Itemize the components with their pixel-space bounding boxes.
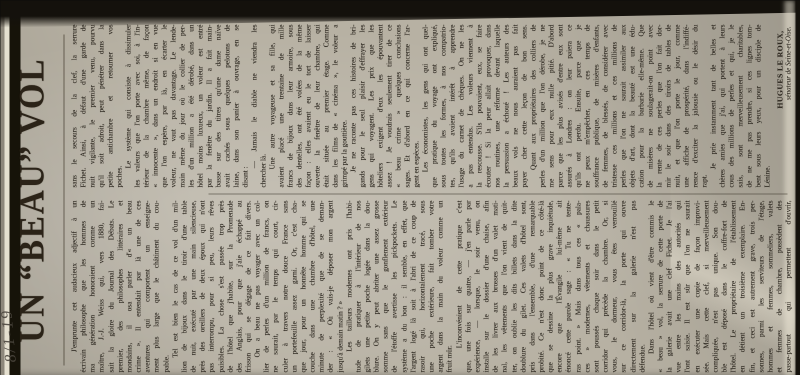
text-line: avait cachés sous quelques pelotons de: [223, 24, 232, 187]
text-line: laine, dans son panier à ouvrage, en se: [232, 24, 241, 187]
text-line: un portefeuille assez garni. Or, c'est c…: [290, 200, 299, 372]
text-line: souffrance publique, de misères d'enfant…: [592, 24, 601, 187]
text-line: ter, on oublie les dits billets dans la …: [510, 200, 519, 372]
text-line: encore que l'Évangile lui-même ait: [555, 200, 564, 372]
text-line: argent dans la main du voleur comme un: [436, 200, 445, 372]
text-line: expérience, — lorsque, le soir venu, on: [473, 200, 482, 372]
text-line: qu'il soit adroit, peut pénétrer dans la: [97, 24, 106, 187]
text-line: par la fenêtre du jardin. Il a fait main…: [205, 24, 214, 187]
text-line: assez ! Je voudrais seulement tirer de c…: [385, 24, 394, 187]
text-line: des Anglais, pour que j'aie échappé au: [235, 200, 244, 372]
text-line: francs de bijoux dans leur armoire, sous: [286, 24, 295, 187]
text-line: énoncé cette parole sage : « Tu ne tente…: [564, 200, 573, 372]
signature-name: HUGUES LE ROUX,: [775, 24, 784, 187]
text-line: minute de perplexité que de se deman-: [317, 200, 326, 372]
text-line: On a beau ne pas voyager avec un col-: [253, 200, 262, 372]
text-line: ment plus large que le châtiment du cou-: [152, 200, 161, 372]
text-line: paisibles. La chose s'est passée trop pr…: [217, 200, 226, 372]
text-line: Le système qui consiste à dissimuler: [124, 24, 133, 187]
text-line: la rescousse. S'ils pouvaient, eux, se f…: [475, 24, 484, 187]
text-line: Quant aux propriétaires des colliers de: [529, 24, 538, 187]
text-line: ne saurait, par le temps qui court, cir-: [271, 200, 280, 372]
article-headline: UN “BEAU” VOL: [13, 24, 52, 375]
text-line: la persuasion a échoué ! Les auteurs des: [502, 24, 511, 187]
text-line: disant :: [241, 24, 250, 187]
text-line: nos routines, une réforme devant laquell…: [493, 24, 502, 187]
text-line: la rente de ces perles que l'on fait dor…: [655, 24, 664, 187]
text-line: Les économistes, les gens qui ont quel-: [421, 24, 430, 187]
scanned-newspaper-clipping: 8/1-19 UN “BEAU” VOL J'emprunte cet auda…: [0, 0, 800, 375]
text-line: doublure du gilet. Ces valets d'hôtel so…: [519, 200, 528, 372]
text-line: sais, sont merveilleusement charitables,: [736, 24, 745, 187]
text-line: chères amies que j'ai, qui portent à leu…: [718, 24, 727, 187]
text-line: objets d'art, dont la beauté est une édu…: [628, 24, 637, 187]
text-line: la galerie avait une clef Fichet. Je l'a…: [665, 200, 674, 372]
text-line: sont poussés chaque soir dans le petit: [592, 200, 601, 372]
text-line: de nuit, exécuté par une main silencieus…: [189, 200, 198, 372]
text-line: gilets une petite poche logée dans la do…: [363, 200, 372, 372]
text-line: défendue.: [638, 200, 647, 372]
text-line: fruit mûr.: [445, 200, 454, 372]
text-line: sur ce corridor-là, la porte qui ouvre: [619, 200, 628, 372]
text-line: sans le secours de la clef, la serrure: [70, 24, 79, 187]
text-line: sait la gloire du Journal des Débats. Le: [107, 200, 116, 372]
newspaper-page: 8/1-19 UN “BEAU” VOL J'emprunte cet auda…: [0, 0, 800, 375]
text-line: grimpé par la gouttière.: [340, 24, 349, 187]
text-line: frisson qui se dégage de ce fait divers.: [244, 200, 253, 372]
text-line: Les tailleurs modernes ont pris l'habi-: [345, 200, 354, 372]
text-line: hôteliers exigent d'eux les épouvantent: [376, 24, 385, 187]
text-line: somme sans que le gonflement extérieur: [381, 200, 390, 372]
text-line: lier de perles d'un million de francs, o…: [262, 200, 271, 372]
text-line: Une autre voyageuse et sa fille, qui: [268, 24, 277, 187]
text-line: nuit vigilante, le premier venu, pourvu: [88, 24, 97, 187]
text-line: pable.: [162, 200, 171, 372]
text-line: nuit, et que l'on porte le jour, comme: [673, 24, 682, 187]
text-line: tes, qu'ils avaient intérêt à apprendre: [448, 24, 457, 187]
text-line: couche dans une chambre d'hôtel, une: [308, 200, 317, 372]
text-line: rence d'exciter la jalousie ou le désir …: [691, 24, 700, 187]
text-line: cation pour la barbarie elle-même. Que: [637, 24, 646, 187]
headline-rule: [63, 34, 64, 365]
text-line: dans les films de « cinéma », le voleur …: [331, 24, 340, 187]
text-line: corridor qui précède la chambre. Or, si: [601, 200, 610, 372]
text-line: me sens pour eux nulle pitié. D'abord: [547, 24, 556, 187]
text-line: que, une fois sur quatre, — j'en parle p…: [464, 200, 473, 372]
text-line: ouverte la fenêtre de leur chambre, qui: [313, 24, 322, 187]
article-body: J'emprunte cet audacieux adjectif à unéc…: [70, 24, 795, 372]
text-line: lion de bijoux dans le tiroir d'une tabl…: [180, 200, 189, 372]
text-line: une affiche de prospérité, dans l'indiff…: [682, 24, 691, 187]
text-line: perles d'un million que l'on dérobe, je …: [538, 24, 547, 187]
scan-edge-right: [0, 0, 800, 27]
text-line: beaux vols ne nous auraient pas fait: [511, 24, 520, 187]
text-line: hommes et femmes, sommeliers, valets: [766, 200, 775, 372]
text-line: gands pour le seul plaisir d'effrayer le…: [358, 24, 367, 187]
column-rule: [208, 193, 787, 194]
text-line: écouter ! Si la peur allait provoquer, d…: [484, 24, 493, 187]
text-line: ma génération honoraient comme un: [88, 200, 97, 372]
text-line: « beau crime » quelques conclusions: [394, 24, 403, 187]
text-line: « beau » vol, la serrure de cette porte …: [656, 200, 665, 372]
text-line: main même du jour où le collier de per-: [178, 24, 187, 187]
text-line: petite antichambre et retourner vos: [106, 24, 115, 187]
article-column-left: J'emprunte cet audacieux adjectif à unéc…: [70, 200, 795, 372]
text-line: ble est déposé dans le coffre-fort de: [720, 200, 729, 372]
text-line: façon : elles avaient eu le tort de lais…: [304, 24, 313, 187]
text-line: de l'étoffe avertisse les pickpockets. L…: [390, 200, 399, 372]
text-line: écrivain philosophe que les hommes de: [79, 200, 88, 372]
text-line: rasoir qui, horizontalement tracé, sous: [418, 200, 427, 372]
text-line: Lénine.: [763, 24, 772, 187]
text-line: der : « Où vais-je déposer mon argent: [326, 200, 335, 372]
text-line: J'emprunte cet audacieux adjectif à un: [70, 200, 79, 372]
text-line: installe sur le dossier d'une chaise, af…: [482, 200, 491, 372]
text-line: térieur de la chambre même, de façon: [142, 24, 151, 187]
text-line: Je ne raconte pas ces histoires de bri-: [349, 24, 358, 187]
text-line: tude de pratiquer à l'intérieur de nos: [354, 200, 363, 372]
text-line: qu'ils ont perdu. Ensuite, parce que je: [574, 24, 583, 187]
text-line: payer cher cette leçon de bon sens.: [520, 24, 529, 187]
text-line: vue entre les mains des autorités qui: [674, 200, 683, 372]
text-line: rapt.: [700, 24, 709, 187]
text-line: vous, le dormeur, vous êtes verrouillé: [610, 200, 619, 372]
text-line: ne peux m'empêcher, en ces temps de: [583, 24, 592, 187]
text-line: l'usage du carnet de chèques. On ne les: [457, 24, 466, 187]
text-line: les valeurs que l'on porte avec soi, à l…: [133, 24, 142, 187]
text-line: les d'un million a été dérobé, dans un: [187, 24, 196, 187]
text-line: blure. On y peut abriter une assez gross…: [372, 200, 381, 372]
text-line: mondains, il osa parler d'« un beau: [125, 200, 134, 372]
text-line: pris dans l'ensemble, d'une remarquable: [528, 200, 537, 372]
text-line: des dentelles, ont été volées de la même: [295, 24, 304, 187]
text-line: système a du bon : il semble, en effet, …: [400, 200, 409, 372]
column-lines: sans le secours de la clef, la serrureFi…: [70, 24, 772, 187]
text-line: Je prie instamment tant de belles et: [709, 24, 718, 187]
signature-role: sénateur de Seine-et-Oise.: [784, 24, 793, 187]
text-line: passe-partout qui permettent d'ouvrir,: [784, 200, 793, 372]
text-line: que jour, pour un honnête homme qui se: [299, 200, 308, 372]
text-line: nal, les vêtements que l'on vient de qui…: [500, 200, 509, 372]
text-line: voleur, ne vaut pas davantage. Le lende-: [169, 24, 178, 187]
text-line: en exécuter une copie de façon improvi-: [693, 200, 702, 372]
text-line: sonnes, parmi les serviteurs de l'étage,: [757, 200, 766, 372]
text-line: ras point. » Mais dans tous ces « pala-: [574, 200, 583, 372]
text-line: Tel est bien le cas de ce vol d'un mil-: [171, 200, 180, 372]
text-line: probité. Ce n'est donc point de ce côté-…: [537, 200, 546, 372]
text-line: en détient un troisième exemplaire. En-: [738, 200, 747, 372]
text-line: que l'on espère, par là, en écarter le: [160, 24, 169, 187]
text-line: L'inconvénient de cette pratique c'est: [455, 200, 464, 372]
text-line: l'hôtel. Le propriétaire de l'établissem…: [729, 200, 738, 372]
text-line: de misères ne soulagerait-on point avec: [646, 24, 655, 187]
text-line: avaient placé une trentaine de mille: [277, 24, 286, 187]
text-line: mir le soir dans des tiroirs de tables d…: [664, 24, 673, 187]
text-line: « innocente », dans un endroit si en vue: [151, 24, 160, 187]
text-line: bent sous leurs yeux, pour un disciple d…: [754, 24, 763, 187]
text-line: l'argent logé là soit à l'abri de ce cou…: [409, 200, 418, 372]
text-line: parce que les plus avisés d'entre eux so…: [556, 24, 565, 187]
text-line: sée. Mais cette clef, si merveilleusemen…: [702, 200, 711, 372]
text-line: de ne me pas prendre, si ces lignes tom-: [745, 24, 754, 187]
text-line: assurés à Londres : on leur paiera ce: [565, 24, 574, 187]
text-line: culer à travers notre douce France sans: [281, 200, 290, 372]
text-line: — Jamais le diable ne viendra les: [250, 24, 259, 187]
text-line: maître, J.-J. Weiss qui, vers 1880, fai-: [97, 200, 106, 372]
text-line: ces » modernes, vêtements et chaussures: [583, 200, 592, 372]
text-line: chercher là.: [259, 24, 268, 187]
text-line: sages. Et d'abord en ce qui concerne l'a…: [403, 24, 412, 187]
text-line: de l'hôtel que j'habite, sur la Promenad…: [226, 200, 235, 372]
text-line: jusqu'à demain matin ? »: [336, 200, 345, 372]
text-line: hôtel moins luxueux, un voleur est entré: [196, 24, 205, 187]
text-line: basse sur des titres qu'une dame naïve: [214, 24, 223, 187]
text-line: sous toutes les formes, à nos compatrio-: [439, 24, 448, 187]
text-line: compliquée, n'est pas unique. Son dou-: [711, 200, 720, 372]
text-line: premier, des philosophes littéraires et: [116, 200, 125, 372]
text-line: était située au premier étage. Comme: [322, 24, 331, 187]
text-line: perles que l'on ne saurait assimiler aux: [619, 24, 628, 187]
text-line: fin, et ceci est autrement grave, trois …: [748, 200, 757, 372]
text-line: Dans l'hôtel où vient d'être commis le: [647, 200, 656, 372]
text-line: a pas entendus. Les voleurs viennent à: [466, 24, 475, 187]
text-line: crime ». Il entendait par là une de ces: [134, 200, 143, 372]
text-line: Fichet. Ainsi, à défaut d'une garde de: [79, 24, 88, 187]
text-line: gent en espèces.: [412, 24, 421, 187]
text-line: tristesse ces millions et ces millions d…: [610, 24, 619, 187]
text-line: de femmes, de blessés, de considérer ave…: [601, 24, 610, 187]
text-line: aventures qui comportent un enseigne-: [143, 200, 152, 372]
text-line: poches.: [115, 24, 124, 187]
text-line: cous des millions de perles et qui, je l…: [727, 24, 736, 187]
text-line: que se dessine la plus grave inquiétude,: [546, 200, 555, 372]
text-line: que pratique du voyage ont expliqué,: [430, 24, 439, 187]
text-line: pas interrompu, pour si peu, leurs rêves: [207, 200, 216, 372]
text-line: une poche extérieure, fait tomber votre: [427, 200, 436, 372]
article-column-right: sans le secours de la clef, la serrureFi…: [70, 24, 795, 187]
text-line: près des oreillers de deux époux qui n'o…: [198, 200, 207, 372]
text-line: et femmes de chambre, possèdent des: [775, 200, 784, 372]
text-line: gens qui voyagent. Les prix que les: [367, 24, 376, 187]
text-line: l'ont saisie. Il est sûr que l'on ne sau…: [683, 200, 692, 372]
text-line: de les livrer aux brosses d'un valet mat…: [491, 200, 500, 372]
text-line: directement sur la galerie n'est pas: [629, 200, 638, 372]
